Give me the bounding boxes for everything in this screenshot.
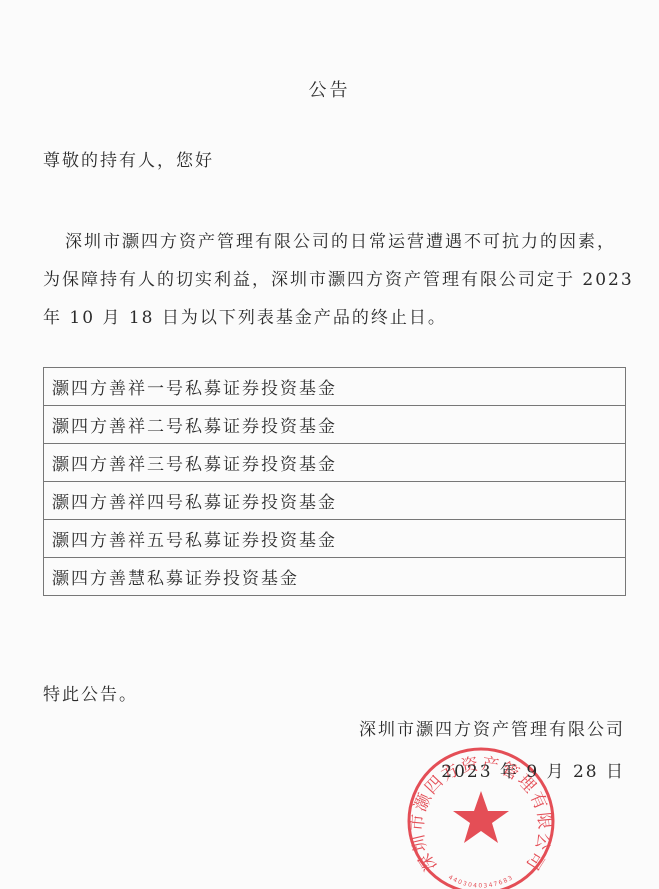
table-row: 灏四方善祥一号私募证券投资基金 <box>44 368 626 406</box>
body-paragraph: 深圳市灏四方资产管理有限公司的日常运营遭遇不可抗力的因素， 为保障持有人的切实利… <box>43 223 633 337</box>
fund-name: 灏四方善祥二号私募证券投资基金 <box>44 406 626 444</box>
fund-name: 灏四方善祥四号私募证券投资基金 <box>44 482 626 520</box>
body-line-2: 为保障持有人的切实利益，深圳市灏四方资产管理有限公司定于 2023 <box>43 261 633 299</box>
announcement-page: 公告 尊敬的持有人，您好 深圳市灏四方资产管理有限公司的日常运营遭遇不可抗力的因… <box>0 0 659 889</box>
table-row: 灏四方善祥三号私募证券投资基金 <box>44 444 626 482</box>
body-line-3: 年 10 月 18 日为以下列表基金产品的终止日。 <box>43 299 633 337</box>
body-line-1: 深圳市灏四方资产管理有限公司的日常运营遭遇不可抗力的因素， <box>43 223 633 261</box>
fund-name: 灏四方善慧私募证券投资基金 <box>44 558 626 596</box>
table-row: 灏四方善祥五号私募证券投资基金 <box>44 520 626 558</box>
signature-date: 2023 年 9 月 28 日 <box>441 757 625 782</box>
fund-name: 灏四方善祥五号私募证券投资基金 <box>44 520 626 558</box>
table-row: 灏四方善祥四号私募证券投资基金 <box>44 482 626 520</box>
greeting: 尊敬的持有人，您好 <box>43 146 214 171</box>
table-row: 灏四方善慧私募证券投资基金 <box>44 558 626 596</box>
closing-statement: 特此公告。 <box>43 680 138 705</box>
table-row: 灏四方善祥二号私募证券投资基金 <box>44 406 626 444</box>
svg-text:4403040347683: 4403040347683 <box>447 874 515 889</box>
fund-name: 灏四方善祥一号私募证券投资基金 <box>44 368 626 406</box>
fund-name: 灏四方善祥三号私募证券投资基金 <box>44 444 626 482</box>
fund-list-table: 灏四方善祥一号私募证券投资基金 灏四方善祥二号私募证券投资基金 灏四方善祥三号私… <box>43 367 626 596</box>
document-title: 公告 <box>0 76 659 102</box>
signature-company: 深圳市灏四方资产管理有限公司 <box>359 715 625 740</box>
